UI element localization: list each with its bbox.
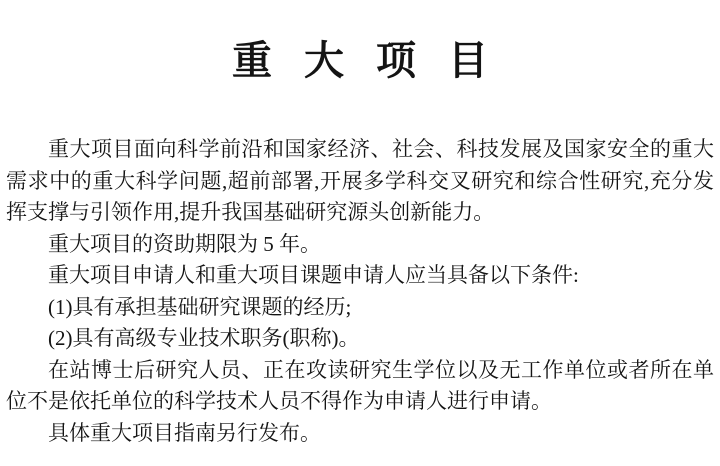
document-page: 重大项目 重大项目面向科学前沿和国家经济、社会、科技发展及国家安全的重大需求中的… (0, 0, 720, 466)
condition-item-2: (2)具有高级专业技术职务(职称)。 (6, 323, 714, 355)
paragraph-guide-release: 具体重大项目指南另行发布。 (6, 418, 714, 450)
condition-item-1: (1)具有承担基础研究课题的经历; (6, 292, 714, 324)
paragraph-application-restrictions: 在站博士后研究人员、正在攻读研究生学位以及无工作单位或者所在单位不是依托单位的科… (6, 355, 714, 418)
page-title: 重大项目 (6, 32, 714, 90)
paragraph-overview: 重大项目面向科学前沿和国家经济、社会、科技发展及国家安全的重大需求中的重大科学问… (6, 134, 714, 229)
paragraph-applicant-conditions-intro: 重大项目申请人和重大项目课题申请人应当具备以下条件: (6, 260, 714, 292)
document-body: 重大项目面向科学前沿和国家经济、社会、科技发展及国家安全的重大需求中的重大科学问… (6, 134, 714, 449)
paragraph-funding-period: 重大项目的资助期限为 5 年。 (6, 229, 714, 261)
